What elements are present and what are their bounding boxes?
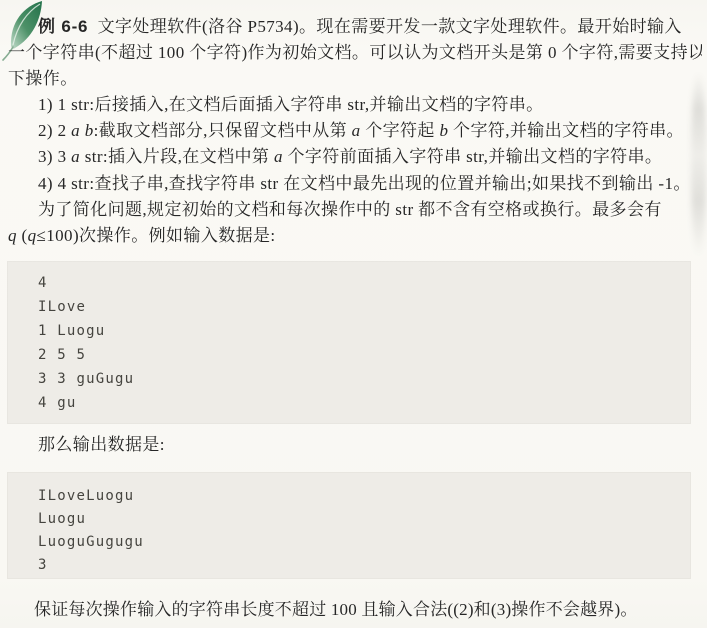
code-line: 2 5 5 [8,343,690,367]
constraints-line-2: q (q≤100)次操作。例如输入数据是: [8,223,702,249]
text-segment: ( [17,226,28,245]
code-line: 3 3 guGugu [8,367,690,391]
text-segment: ≤100)次操作。例如输入数据是: [37,226,276,245]
code-line: 3 [8,554,690,577]
text-segment: 一个字符串(不超过 100 个字符)作为初始文档。可以认为文档开头是第 0 个字… [8,43,702,62]
text-segment: 文字处理软件(洛谷 P5734)。现在需要开发一款文字处理软件。最开始时输入 [88,17,682,36]
text-segment: 例 6-6 [38,17,88,36]
output-intro-line: 那么输出数据是: [8,432,702,458]
problem-statement: 例 6-6 文字处理软件(洛谷 P5734)。现在需要开发一款文字处理软件。最开… [8,14,702,249]
code-line: 4 [8,271,690,295]
example-heading-line: 例 6-6 文字处理软件(洛谷 P5734)。现在需要开发一款文字处理软件。最开… [8,14,702,40]
text-segment: a [71,121,80,140]
sample-input-block: 4ILove1 Luogu2 5 53 3 guGugu4 gu [8,262,690,423]
text-segment: a [71,147,80,166]
code-line: ILove [8,295,690,319]
code-line: 4 gu [8,391,690,415]
intro-line-3: 下操作。 [8,66,702,92]
text-segment: b [85,121,94,140]
text-segment: 4) 4 str:查找子串,查找字符串 str 在文档中最先出现的位置并输出;如… [38,174,691,193]
text-segment: 下操作。 [8,69,78,88]
closing-note-line: 保证每次操作输入的字符串长度不超过 100 且输入合法((2)和(3)操作不会越… [8,597,702,623]
constraints-line-1: 为了简化问题,规定初始的文档和每次操作中的 str 都不含有空格或换行。最多会有 [8,197,702,223]
code-line: ILoveLuogu [8,485,690,508]
text-segment: 3) 3 [38,147,71,166]
code-line: 1 Luogu [8,319,690,343]
book-page: 例 6-6 文字处理软件(洛谷 P5734)。现在需要开发一款文字处理软件。最开… [0,0,707,628]
code-line: LuoguGugugu [8,531,690,554]
text-segment: 个字符起 [361,121,440,140]
text-segment: 2) 2 [38,121,71,140]
text-segment: 为了简化问题,规定初始的文档和每次操作中的 str 都不含有空格或换行。最多会有 [38,200,662,219]
text-segment: a [274,147,283,166]
text-segment: q [8,226,17,245]
sample-output-block: ILoveLuoguLuoguLuoguGugugu3 [8,473,690,578]
operation-4-line: 4) 4 str:查找子串,查找字符串 str 在文档中最先出现的位置并输出;如… [8,171,702,197]
code-line: Luogu [8,508,690,531]
operation-3-line: 3) 3 a str:插入片段,在文档中第 a 个字符前面插入字符串 str,并… [8,144,702,170]
text-segment: a [352,121,361,140]
text-segment: q [28,226,37,245]
text-segment: :截取文档部分,只保留文档中从第 [94,121,352,140]
text-segment: 个字符前面插入字符串 str,并输出文档的字符串。 [283,147,662,166]
text-segment: 1) 1 str:后接插入,在文档后面插入字符串 str,并输出文档的字符串。 [38,95,544,114]
text-segment: 个字符,并输出文档的字符串。 [448,121,684,140]
operation-1-line: 1) 1 str:后接插入,在文档后面插入字符串 str,并输出文档的字符串。 [8,92,702,118]
operation-2-line: 2) 2 a b:截取文档部分,只保留文档中从第 a 个字符起 b 个字符,并输… [8,118,702,144]
text-segment: str:插入片段,在文档中第 [80,147,274,166]
intro-line-2: 一个字符串(不超过 100 个字符)作为初始文档。可以认为文档开头是第 0 个字… [8,40,702,66]
